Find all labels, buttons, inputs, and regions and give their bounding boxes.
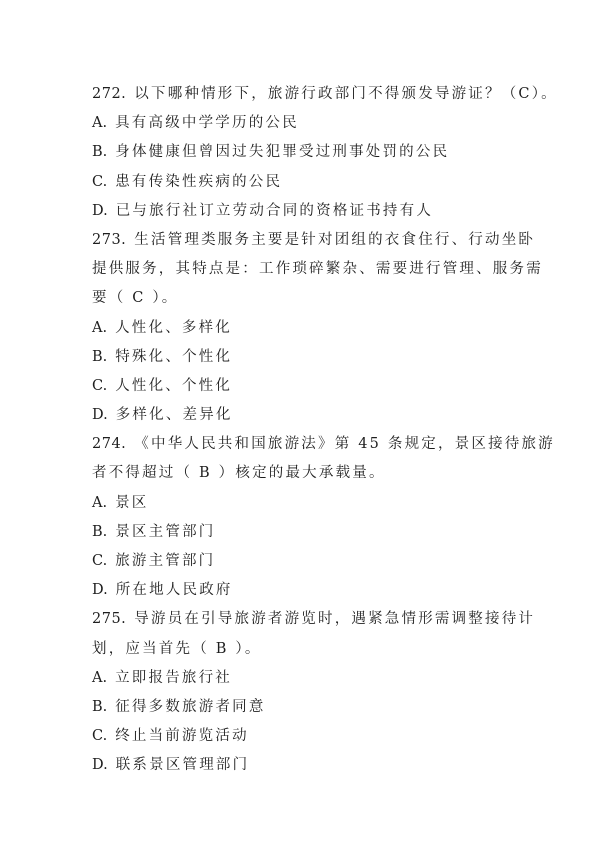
- option-d: D.多样化、差异化: [92, 401, 532, 430]
- option-text: 患有传染性疾病的公民: [115, 174, 282, 190]
- option-b: B.身体健康但曾因过失犯罪受过刑事处罚的公民: [92, 138, 532, 167]
- option-text: 景区: [115, 495, 148, 511]
- question-stem-line: 273.生活管理类服务主要是针对团组的衣食住行、行动坐卧: [92, 226, 532, 255]
- question-number: 272.: [92, 86, 126, 102]
- question-stem-line: 272.以下哪种情形下，旅游行政部门不得颁发导游证？（C）。: [92, 80, 532, 109]
- option-text: 已与旅行社订立劳动合同的资格证书持有人: [116, 203, 433, 219]
- option-a: A.人性化、多样化: [92, 314, 532, 343]
- option-text: 联系景区管理部门: [116, 757, 250, 773]
- option-d: D.联系景区管理部门: [92, 751, 532, 780]
- option-letter: B.: [92, 144, 107, 160]
- question-text: 划，应当首先（ B ）。: [92, 641, 262, 657]
- option-b: B.征得多数旅游者同意: [92, 693, 532, 722]
- option-letter: D.: [92, 203, 108, 219]
- option-text: 身体健康但曾因过失犯罪受过刑事处罚的公民: [115, 144, 449, 160]
- option-text: 旅游主管部门: [115, 553, 215, 569]
- option-text: 人性化、多样化: [115, 320, 232, 336]
- option-letter: A.: [92, 115, 107, 131]
- option-c: C.旅游主管部门: [92, 547, 532, 576]
- option-c: C.患有传染性疾病的公民: [92, 168, 532, 197]
- option-letter: C.: [92, 728, 107, 744]
- option-a: A.景区: [92, 489, 532, 518]
- option-letter: B.: [92, 349, 107, 365]
- option-letter: C.: [92, 553, 107, 569]
- option-text: 终止当前游览活动: [115, 728, 249, 744]
- question-273: 273.生活管理类服务主要是针对团组的衣食住行、行动坐卧 提供服务，其特点是：工…: [92, 226, 532, 430]
- question-text: 要（ C ）。: [92, 290, 178, 306]
- option-text: 征得多数旅游者同意: [115, 699, 265, 715]
- question-text: 以下哪种情形下，旅游行政部门不得颁发导游证？（C）。: [134, 86, 558, 102]
- document-page: 272.以下哪种情形下，旅游行政部门不得颁发导游证？（C）。 A.具有高级中学学…: [92, 80, 532, 781]
- option-letter: D.: [92, 757, 108, 773]
- option-c: C.人性化、个性化: [92, 372, 532, 401]
- question-stem-line: 者不得超过（ B ）核定的最大承载量。: [92, 459, 532, 488]
- option-d: D.已与旅行社订立劳动合同的资格证书持有人: [92, 197, 532, 226]
- option-letter: A.: [92, 670, 107, 686]
- option-letter: A.: [92, 495, 107, 511]
- option-a: A.具有高级中学学历的公民: [92, 109, 532, 138]
- question-text: 者不得超过（ B ）核定的最大承载量。: [92, 465, 386, 481]
- option-letter: A.: [92, 320, 107, 336]
- option-letter: C.: [92, 174, 107, 190]
- question-272: 272.以下哪种情形下，旅游行政部门不得颁发导游证？（C）。 A.具有高级中学学…: [92, 80, 532, 226]
- option-text: 特殊化、个性化: [115, 349, 232, 365]
- option-b: B.景区主管部门: [92, 518, 532, 547]
- question-text: 导游员在引导旅游者游览时，遇紧急情形需调整接待计: [134, 611, 535, 627]
- question-274: 274.《中华人民共和国旅游法》第 45 条规定，景区接待旅游 者不得超过（ B…: [92, 430, 532, 605]
- option-letter: B.: [92, 699, 107, 715]
- option-text: 人性化、个性化: [115, 378, 232, 394]
- question-number: 275.: [92, 611, 126, 627]
- option-text: 多样化、差异化: [116, 407, 233, 423]
- question-text: 生活管理类服务主要是针对团组的衣食住行、行动坐卧: [134, 232, 535, 248]
- question-stem-line: 提供服务，其特点是：工作琐碎繁杂、需要进行管理、服务需: [92, 255, 532, 284]
- question-stem-line: 274.《中华人民共和国旅游法》第 45 条规定，景区接待旅游: [92, 430, 532, 459]
- option-c: C.终止当前游览活动: [92, 722, 532, 751]
- option-a: A.立即报告旅行社: [92, 664, 532, 693]
- option-letter: D.: [92, 407, 108, 423]
- option-letter: C.: [92, 378, 107, 394]
- option-d: D.所在地人民政府: [92, 576, 532, 605]
- option-text: 所在地人民政府: [116, 582, 233, 598]
- option-letter: B.: [92, 524, 107, 540]
- option-text: 立即报告旅行社: [115, 670, 232, 686]
- question-stem-line: 要（ C ）。: [92, 284, 532, 313]
- question-number: 274.: [92, 436, 126, 452]
- option-b: B.特殊化、个性化: [92, 343, 532, 372]
- option-letter: D.: [92, 582, 108, 598]
- option-text: 具有高级中学学历的公民: [115, 115, 299, 131]
- question-text: 提供服务，其特点是：工作琐碎繁杂、需要进行管理、服务需: [92, 261, 543, 277]
- question-275: 275.导游员在引导旅游者游览时，遇紧急情形需调整接待计 划，应当首先（ B ）…: [92, 605, 532, 780]
- question-text: 《中华人民共和国旅游法》第 45 条规定，景区接待旅游: [134, 436, 555, 452]
- question-number: 273.: [92, 232, 126, 248]
- question-stem-line: 划，应当首先（ B ）。: [92, 635, 532, 664]
- option-text: 景区主管部门: [115, 524, 215, 540]
- question-stem-line: 275.导游员在引导旅游者游览时，遇紧急情形需调整接待计: [92, 605, 532, 634]
